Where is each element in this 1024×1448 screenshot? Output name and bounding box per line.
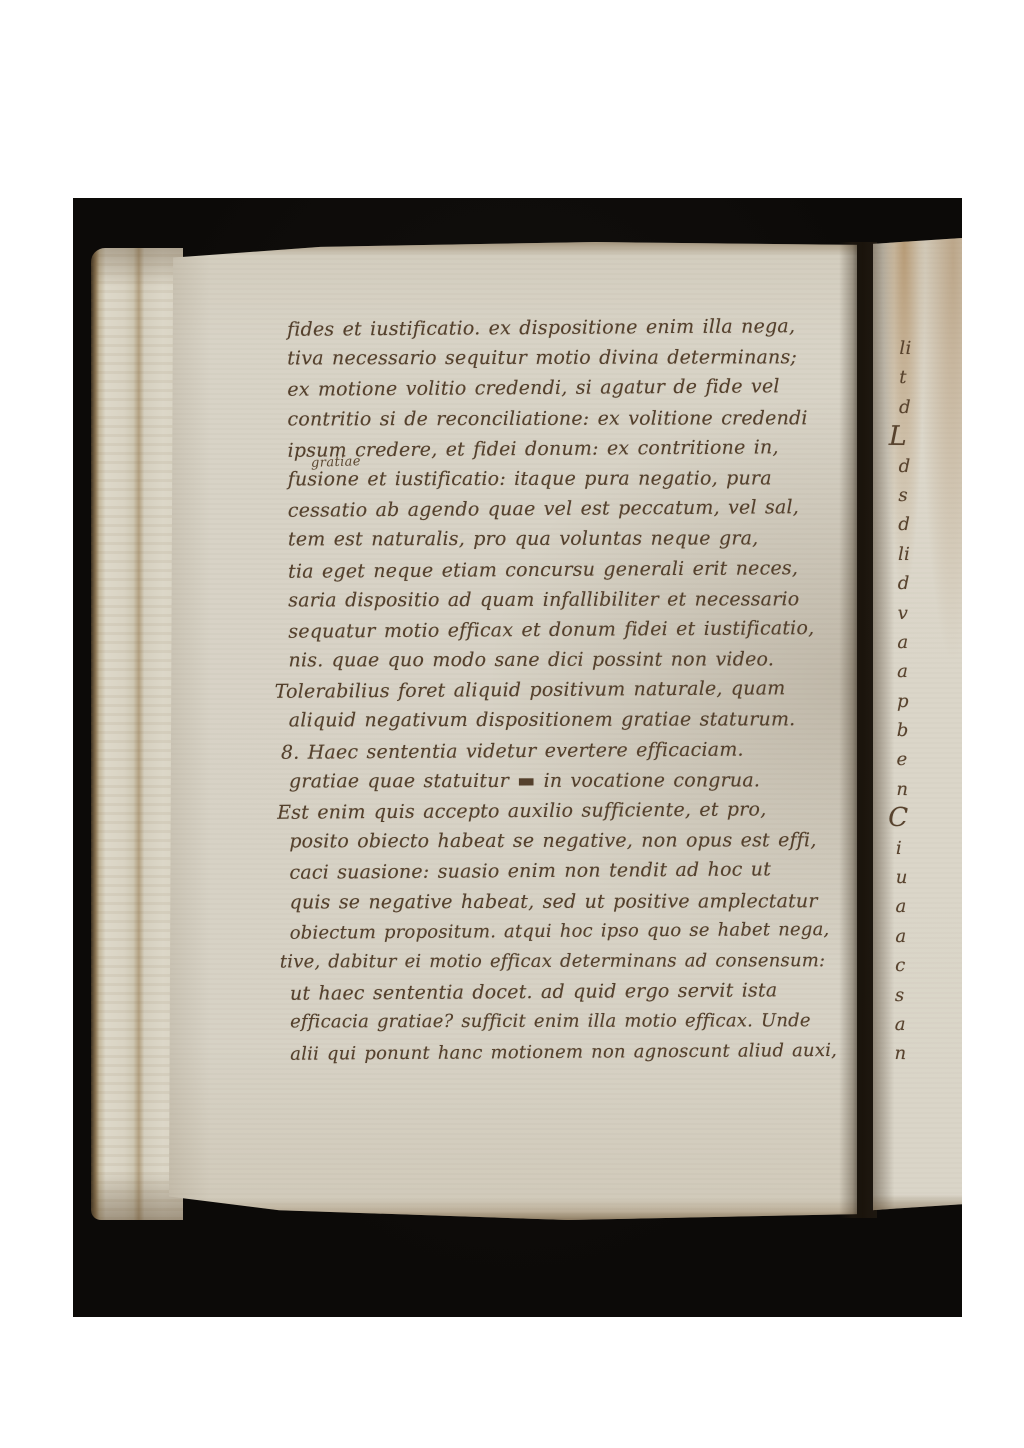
manuscript-line: ipsum credere, et fidei donum: ex contri… xyxy=(287,432,847,466)
manuscript-line: caci suasione: suasio enim non tendit ad… xyxy=(289,854,849,888)
manuscript-line: fusione et iustificatio: itaque pura neg… xyxy=(288,463,848,494)
manuscript-line: efficacia gratiae? sufficit enim illa mo… xyxy=(290,1006,850,1037)
facing-line-fragment: u xyxy=(896,863,908,892)
facing-line-fragment: n xyxy=(894,1039,906,1068)
facing-line-fragment: e xyxy=(896,745,908,774)
facing-line-fragment: p xyxy=(897,687,909,716)
manuscript-line: posito obiecto habeat se negative, non o… xyxy=(289,825,849,856)
manuscript-line: ex motione volitio credendi, si agatur d… xyxy=(287,371,847,405)
manuscript-line: cessatio ab agendo quae vel est peccatum… xyxy=(288,492,848,526)
manuscript-line: contritio si de reconciliatione: ex voli… xyxy=(287,403,847,434)
manuscript-line: aliquid negativum dispositionem gratiae … xyxy=(289,705,849,736)
facing-line-fragment: s xyxy=(895,981,907,1010)
manuscript-line: 8. Haec sententia videtur evertere effic… xyxy=(281,733,849,767)
manuscript-line: fides et iustificatio. ex dispositione e… xyxy=(287,311,847,345)
manuscript-line: Est enim quis accepto auxilio sufficient… xyxy=(277,794,849,828)
facing-line-fragment: c xyxy=(895,951,907,980)
manuscript-line: obiectum propositum. atqui hoc ipso quo … xyxy=(290,915,850,949)
facing-line-fragment: s xyxy=(898,481,910,510)
interlinear-insertion: gratiae xyxy=(311,454,361,471)
screenshot-canvas: fides et iustificatio. ex dispositione e… xyxy=(0,0,1024,1448)
manuscript-line: saria dispositio ad quam infallibiliter … xyxy=(288,584,848,615)
manuscript-line: ut haec sententia docet. ad quid ergo se… xyxy=(290,975,850,1009)
facing-line-fragment: C xyxy=(888,804,908,834)
book-right-page-sliver: li t d L d s d li d v a a p b e n C i u … xyxy=(873,238,962,1214)
book-left-page: fides et iustificatio. ex dispositione e… xyxy=(169,242,857,1220)
manuscript-line: Tolerabilius foret aliquid positivum nat… xyxy=(275,673,849,707)
manuscript-text-block: fides et iustificatio. ex dispositione e… xyxy=(287,312,850,1069)
manuscript-line: sequatur motio efficax et donum fidei et… xyxy=(288,613,848,647)
manuscript-line: tive, dabitur ei motio efficax determina… xyxy=(280,946,850,977)
facing-line-fragment: li xyxy=(899,334,911,363)
facing-line-fragment: d xyxy=(898,510,910,539)
facing-page-text-fragments: li t d L d s d li d v a a p b e n C i u … xyxy=(894,334,911,1069)
manuscript-line: nis. quae quo modo sane dici possint non… xyxy=(288,644,848,675)
facing-line-fragment: i xyxy=(896,834,908,863)
book-fore-edge-pages xyxy=(91,248,183,1220)
manuscript-line-with-ink-blot: gratiae quae statuitur ▬ in vocatione co… xyxy=(289,765,849,796)
manuscript-line: tem est naturalis, pro qua voluntas nequ… xyxy=(288,523,848,554)
facing-line-fragment: d xyxy=(898,569,910,598)
facing-line-fragment: v xyxy=(898,598,910,627)
facing-line-fragment: a xyxy=(897,628,909,657)
facing-line-fragment: li xyxy=(898,540,910,569)
manuscript-line: alii qui ponunt hanc motionem non agnosc… xyxy=(290,1035,850,1069)
manuscript-photo: fides et iustificatio. ex dispositione e… xyxy=(73,198,962,1317)
facing-line-fragment: d xyxy=(899,452,911,481)
manuscript-line: tia eget neque etiam concursu generali e… xyxy=(288,552,848,586)
facing-line-fragment: L xyxy=(889,422,911,452)
facing-line-fragment: a xyxy=(895,892,907,921)
facing-line-fragment: a xyxy=(897,657,909,686)
facing-line-fragment: n xyxy=(896,775,908,804)
facing-line-fragment: a xyxy=(895,922,907,951)
manuscript-line: tiva necessario sequitur motio divina de… xyxy=(287,342,847,373)
facing-line-fragment: d xyxy=(899,393,911,422)
facing-line-fragment: t xyxy=(899,363,911,392)
book-gutter-shadow xyxy=(839,242,877,1218)
facing-line-fragment: b xyxy=(897,716,909,745)
facing-line-fragment: a xyxy=(895,1010,907,1039)
manuscript-line: quis se negative habeat, sed ut positive… xyxy=(290,886,850,917)
